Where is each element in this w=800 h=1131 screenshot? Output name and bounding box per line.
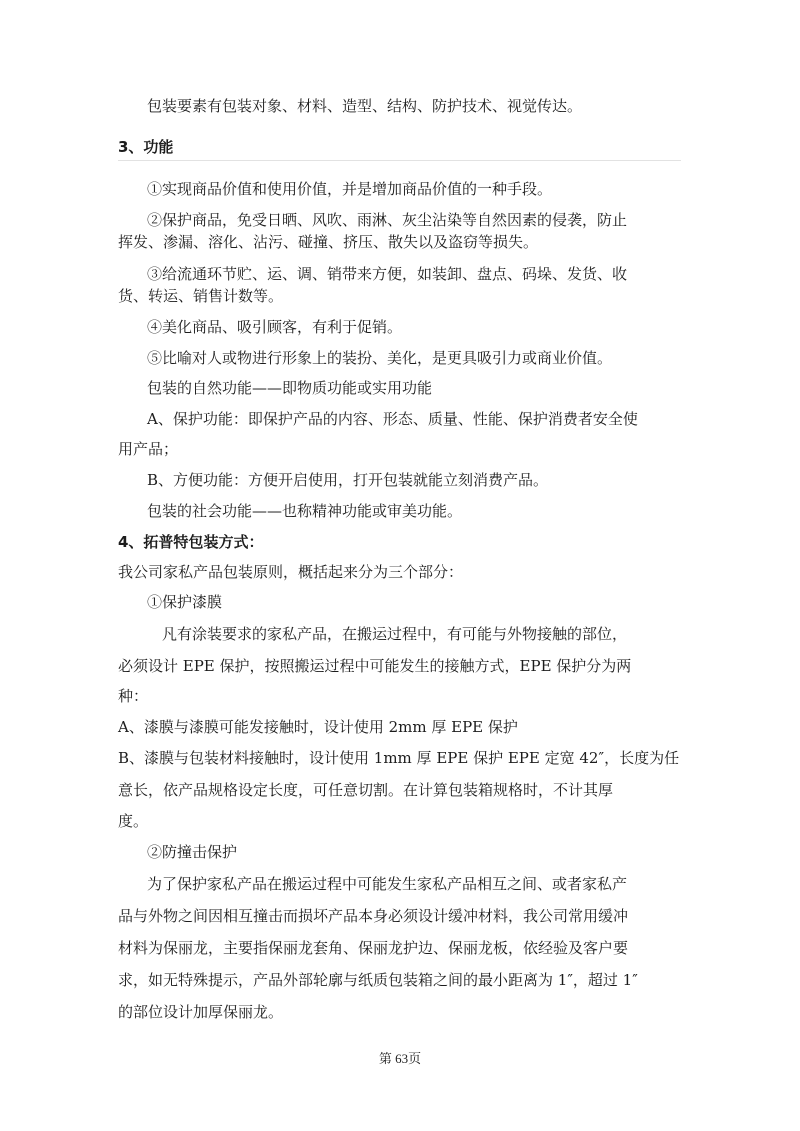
convenience-function: B、方便功能：方便开启使用，打开包装就能立刻消费产品。 (147, 470, 548, 490)
impact-para-line-5: 的部位设计加厚保丽龙。 (118, 1002, 283, 1022)
function-item-1: ①实现商品价值和使用价值，并是增加商品价值的一种手段。 (147, 179, 552, 199)
function-item-3-line-1: ③给流通环节贮、运、调、销带来方便，如装卸、盘点、码垛、发货、收 (147, 264, 627, 284)
paint-film-option-b-line-3: 度。 (118, 811, 148, 831)
page-number: 第 63页 (0, 1048, 800, 1067)
section-heading-functions: 3、功能 (118, 137, 173, 157)
paint-film-option-b-line-2: 意长，依产品规格设定长度，可任意切割。在计算包装箱规格时，不计其厚 (118, 780, 613, 800)
packaging-principle-intro: 我公司家私产品包装原则，概括起来分为三个部分： (118, 562, 463, 582)
natural-function-title: 包装的自然功能——即物质功能或实用功能 (147, 378, 432, 398)
function-item-3-line-2: 货、转运、销售计数等。 (118, 286, 283, 306)
impact-para-line-1: 为了保护家私产品在搬运过程中可能发生家私产品相互之间、或者家私产 (147, 874, 627, 894)
paint-film-para-line-2: 必须设计 EPE 保护，按照搬运过程中可能发生的接触方式，EPE 保护分为两 (118, 656, 631, 676)
impact-para-line-2: 品与外物之间因相互撞击而损坏产品本身必须设计缓冲材料，我公司常用缓冲 (118, 906, 628, 926)
impact-para-line-3: 材料为保丽龙，主要指保丽龙套角、保丽龙护边、保丽龙板，依经验及客户要 (118, 938, 628, 958)
document-page: 包装要素有包装对象、材料、造型、结构、防护技术、视觉传达。 3、功能 ①实现商品… (0, 0, 800, 1131)
protection-function-line-1: A、保护功能：即保护产品的内容、形态、质量、性能、保护消费者安全使 (147, 409, 638, 429)
protection-function-line-2: 用产品； (118, 439, 178, 459)
heading-divider (118, 160, 681, 161)
function-item-5: ⑤比喻对人或物进行形象上的装扮、美化，是更具吸引力或商业价值。 (147, 348, 612, 368)
subsection-impact-protection: ②防撞击保护 (147, 842, 237, 862)
function-item-2-line-1: ②保护商品，免受日晒、风吹、雨淋、灰尘沾染等自然因素的侵袭，防止 (147, 210, 627, 230)
paint-film-para-line-3: 种： (118, 686, 148, 706)
function-item-2-line-2: 挥发、渗漏、溶化、沾污、碰撞、挤压、散失以及盗窃等损失。 (118, 232, 538, 252)
paint-film-para-line-1: 凡有涂装要求的家私产品，在搬运过程中，有可能与外物接触的部位， (162, 624, 627, 644)
subsection-paint-film: ①保护漆膜 (147, 592, 222, 612)
function-item-4: ④美化商品、吸引顾客，有利于促销。 (147, 317, 402, 337)
paint-film-option-b-line-1: B、漆膜与包装材料接触时，设计使用 1mm 厚 EPE 保护 EPE 定宽 42… (118, 748, 679, 768)
social-function-title: 包装的社会功能——也称精神功能或审美功能。 (147, 501, 462, 521)
paint-film-option-a: A、漆膜与漆膜可能发接触时，设计使用 2mm 厚 EPE 保护 (118, 717, 518, 737)
impact-para-line-4: 求，如无特殊提示，产品外部轮廓与纸质包装箱之间的最小距离为 1″，超过 1″ (118, 970, 638, 990)
paragraph-elements: 包装要素有包装对象、材料、造型、结构、防护技术、视觉传达。 (147, 96, 582, 116)
section-heading-packaging-method: 4、拓普特包装方式： (118, 532, 263, 552)
